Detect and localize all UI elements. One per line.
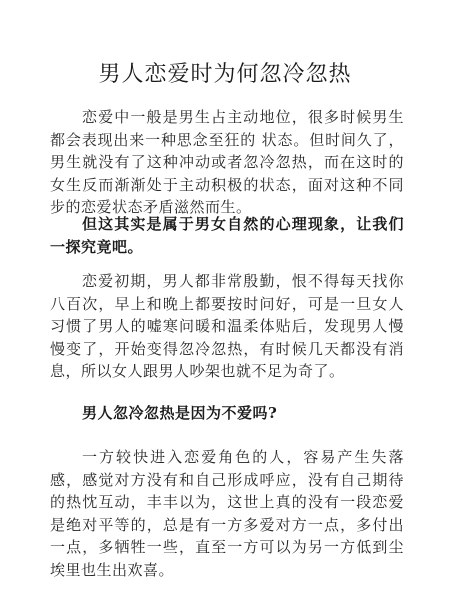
- section-heading-question: 男人忽冷忽热是因为不爱吗?: [50, 402, 404, 425]
- document-page: 男人恋爱时为何忽冷忽热 恋爱中一般是男生占主动地位，很多时候男生都会表现出来一种…: [0, 0, 450, 600]
- paragraph-explanation: 一方较快进入恋爱角色的人，容易产生失落感，感觉对方没有和自己形成呼应，没有自己期…: [50, 446, 404, 582]
- document-title: 男人恋爱时为何忽冷忽热: [0, 61, 450, 89]
- paragraph-bold-lead: 但这其实是属于男女自然的心理现象，让我们一探究竟吧。: [50, 213, 404, 258]
- paragraph-early-love: 恋爱初期，男人都非常殷勤，恨不得每天找你八百次，早上和晚上都要按时问好，可是一旦…: [50, 270, 404, 383]
- paragraph-intro: 恋爱中一般是男生占主动地位，很多时候男生都会表现出来一种思念至狂的 状态。但时间…: [50, 106, 404, 219]
